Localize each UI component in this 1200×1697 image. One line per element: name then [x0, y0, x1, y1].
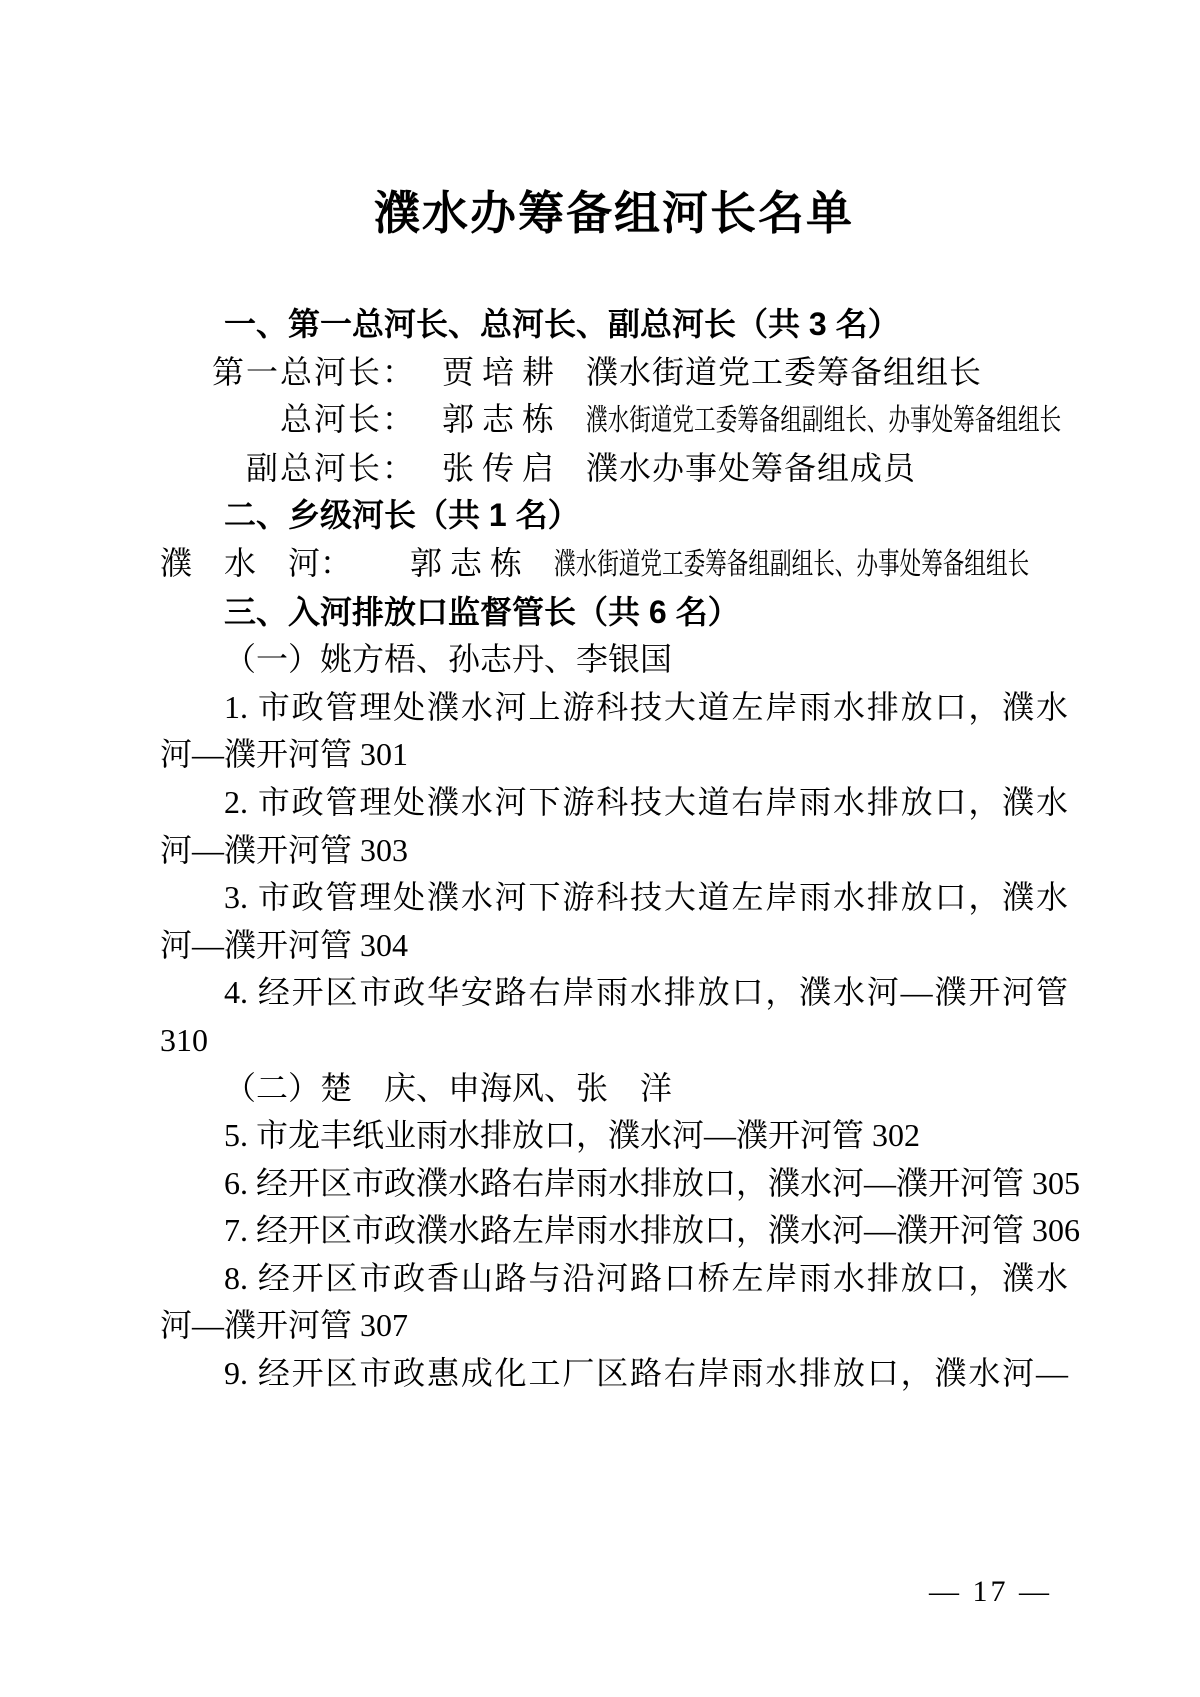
body-line: 河—濮开河管 301: [160, 731, 1068, 779]
page-number: — 17 —: [929, 1572, 1052, 1612]
river-chief-entry: 濮 水 河：郭志栋濮水街道党工委筹备组副组长、办事处筹备组组长: [160, 540, 1068, 589]
river-chief-entry: 总河长：郭志栋濮水街道党工委筹备组副组长、办事处筹备组组长: [160, 396, 1068, 445]
entry-title: 濮水街道党工委筹备组组长: [586, 354, 982, 390]
entry-name: 郭志栋: [410, 545, 530, 581]
group-lead: （一）姚方梧、孙志丹、李银国: [160, 636, 1068, 684]
entry-label: 濮 水 河：: [160, 540, 384, 588]
section-heading-3: 三、入河排放口监督管长（共 6 名）: [160, 589, 1068, 637]
entry-label: 副总河长：: [160, 445, 416, 493]
entry-name: 贾培耕: [442, 354, 562, 390]
section-heading-1: 一、第一总河长、总河长、副总河长（共 3 名）: [160, 301, 1068, 349]
body-line: 河—濮开河管 307: [160, 1302, 1068, 1350]
entry-title: 濮水办事处筹备组成员: [586, 450, 916, 486]
river-chief-entry: 副总河长：张传启濮水办事处筹备组成员: [160, 445, 1068, 493]
body-line: 310: [160, 1017, 1068, 1065]
document-page: 濮水办筹备组河长名单 一、第一总河长、总河长、副总河长（共 3 名） 第一总河长…: [0, 0, 1200, 1697]
body-line: 7. 经开区市政濮水路左岸雨水排放口，濮水河—濮开河管 306: [160, 1207, 1068, 1255]
document-body: 濮水办筹备组河长名单 一、第一总河长、总河长、副总河长（共 3 名） 第一总河长…: [160, 183, 1068, 1398]
group-lead: （二）楚 庆、申海风、张 洋: [160, 1065, 1068, 1113]
river-chief-entry: 第一总河长：贾培耕濮水街道党工委筹备组组长: [160, 349, 1068, 397]
body-line: 8. 经开区市政香山路与沿河路口桥左岸雨水排放口，濮水: [160, 1255, 1068, 1303]
body-line: 4. 经开区市政华安路右岸雨水排放口，濮水河—濮开河管: [160, 969, 1068, 1017]
entry-title: 濮水街道党工委筹备组副组长、办事处筹备组组长: [554, 541, 1029, 589]
body-line: 2. 市政管理处濮水河下游科技大道右岸雨水排放口，濮水: [160, 779, 1068, 827]
body-line: 3. 市政管理处濮水河下游科技大道左岸雨水排放口，濮水: [160, 874, 1068, 922]
entry-title: 濮水街道党工委筹备组副组长、办事处筹备组组长: [586, 397, 1061, 445]
body-line: 9. 经开区市政惠成化工厂区路右岸雨水排放口，濮水河—: [160, 1350, 1068, 1398]
entry-label: 总河长：: [160, 396, 416, 444]
body-line: 6. 经开区市政濮水路右岸雨水排放口，濮水河—濮开河管 305: [160, 1160, 1068, 1208]
body-line: 1. 市政管理处濮水河上游科技大道左岸雨水排放口，濮水: [160, 684, 1068, 732]
section-heading-2: 二、乡级河长（共 1 名）: [160, 492, 1068, 540]
body-line: 河—濮开河管 303: [160, 827, 1068, 875]
body-line: 河—濮开河管 304: [160, 922, 1068, 970]
body-line: 5. 市龙丰纸业雨水排放口，濮水河—濮开河管 302: [160, 1112, 1068, 1160]
entry-name: 郭志栋: [442, 401, 562, 437]
entry-label: 第一总河长：: [160, 349, 416, 397]
entry-name: 张传启: [442, 450, 562, 486]
document-title: 濮水办筹备组河长名单: [160, 183, 1068, 245]
